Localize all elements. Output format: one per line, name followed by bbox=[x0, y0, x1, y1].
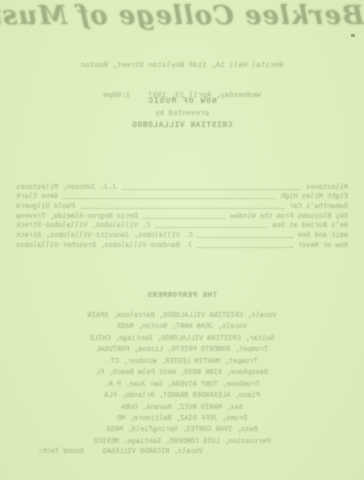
program-item: He's Buried at Sea C. Villalobos, Villal… bbox=[16, 221, 348, 231]
ink-speck bbox=[350, 12, 352, 14]
program-item-title: Wait and See bbox=[298, 232, 348, 240]
program-list: Milestones J.J. Johnson, Milestones Eigh… bbox=[16, 182, 348, 250]
performers-heading: THE PERFORMERS bbox=[0, 292, 364, 300]
mirrored-showthrough-layer: Berklee College of Music Recital Hall 1A… bbox=[0, 0, 364, 480]
venue-line: Recital Hall 1A, 1140 Boylston Street, B… bbox=[0, 61, 364, 71]
program-item-title: Now or Never bbox=[298, 242, 348, 250]
performer-line: Guitar, CRISTIAN VILLALOBOS, Santiago, C… bbox=[0, 335, 364, 346]
dot-leader bbox=[80, 208, 284, 209]
recital-title-block: NOW OF MUSIC presented by CRISTIAN VILLA… bbox=[0, 97, 364, 130]
performer-line: Trumpet, MARTIN LESTER, Windsor, CT. bbox=[0, 358, 364, 369]
program-item: Wait and See C. Villalobos, Janovitz-Vil… bbox=[16, 230, 348, 240]
program-item: Eight Miles High Gene Clark bbox=[16, 192, 348, 202]
program-item-title: He's Buried at Sea bbox=[272, 222, 348, 230]
ink-speck bbox=[351, 34, 355, 37]
program-item-composer: J.J. Johnson, Milestones bbox=[16, 184, 117, 192]
program-item-composer: Decio Negron-Almeida, Trevena bbox=[16, 213, 138, 221]
dot-leader bbox=[197, 247, 292, 248]
performer-line: Sax, MARIO RUIZ, Havana, CUBA bbox=[0, 404, 364, 415]
dot-leader bbox=[143, 218, 226, 219]
performer-line: Trumpet, ROBERTO PRIETO, Lisboa, PORTUGA… bbox=[0, 346, 364, 357]
dot-leader bbox=[122, 189, 301, 190]
performer-line: Trombone, TONY RIVERA, San Juan, P.R. bbox=[0, 381, 364, 392]
program-item: Sky Blossoms From the Window Decio Negro… bbox=[16, 211, 348, 221]
program-item-title: Samantha's Car bbox=[289, 203, 348, 211]
berklee-logo-script: Berklee College of Music bbox=[0, 1, 364, 31]
performer-line: Piano, ALEXANDER BRANDT, Orlando, FLA bbox=[0, 392, 364, 403]
program-item-title: Sky Blossoms From the Window bbox=[230, 213, 348, 221]
dot-leader bbox=[197, 237, 292, 238]
performer-line: Drums, JEFF DIAZ, Baltimore, MD bbox=[0, 415, 364, 426]
performer-line: Saxophone, KIRK ROSS, West Palm Beach, F… bbox=[0, 369, 364, 380]
program-item-composer: C. Villalobos, Villalobos-Streck bbox=[16, 222, 150, 230]
performers-list: Vocals, CRISTINA VILLALOBOS, Barcelona, … bbox=[0, 312, 364, 449]
performer-line: Vocals, CRISTINA VILLALOBOS, Barcelona, … bbox=[0, 312, 364, 323]
program-item-composer: Paulo Silguero bbox=[16, 203, 75, 211]
performer-line: Bass, IVAN CORTES, Springfield, MASS bbox=[0, 426, 364, 437]
program-item-title: Eight Miles High bbox=[281, 193, 348, 201]
program-item-composer: J. Bandano-Villalobos, Drescher-Villalob… bbox=[16, 242, 192, 250]
sound-tech-line: Vocals, RICARDO VILLEGAS Sound Tech: bbox=[0, 448, 364, 456]
scanned-program-page: Berklee College of Music Recital Hall 1A… bbox=[0, 0, 364, 480]
sound-tech-label: Sound Tech: bbox=[38, 448, 84, 456]
dot-leader bbox=[63, 198, 276, 199]
sound-tech-value: Vocals, RICARDO VILLEGAS bbox=[102, 448, 203, 456]
dot-leader bbox=[155, 227, 267, 228]
program-item: Now or Never J. Bandano-Villalobos, Dres… bbox=[16, 240, 348, 250]
presenter-name: CRISTIAN VILLALOBOS bbox=[0, 121, 364, 130]
presented-by-label: presented by bbox=[0, 110, 364, 118]
recital-title: NOW OF MUSIC bbox=[0, 97, 364, 106]
program-item: Samantha's Car Paulo Silguero bbox=[16, 201, 348, 211]
program-item-composer: Gene Clark bbox=[16, 193, 58, 201]
program-item-title: Milestones bbox=[306, 184, 348, 192]
performer-line: Vocals, JEAN HART, Boston, MASS bbox=[0, 323, 364, 334]
program-item-composer: C. Villalobos, Janovitz-Villalobos, Stre… bbox=[16, 232, 192, 240]
program-item: Milestones J.J. Johnson, Milestones bbox=[16, 182, 348, 192]
